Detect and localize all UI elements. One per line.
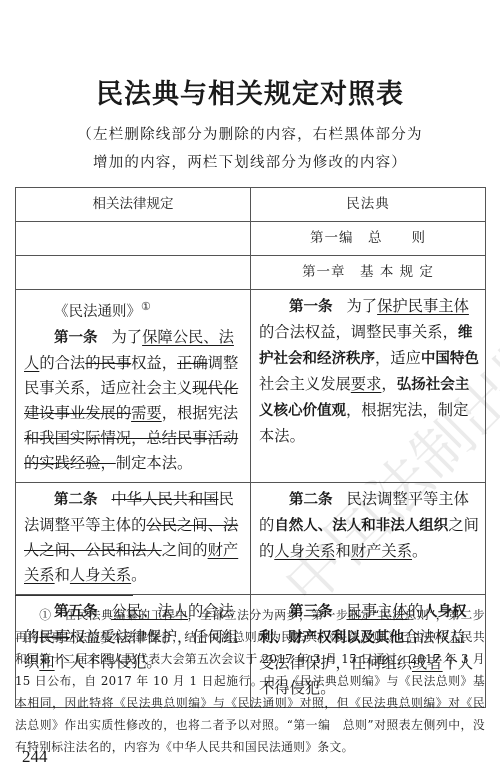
table-row: 《民法通则》① 第一条为了保障公民、法人的合法的民事权益，正确调整民事关系，适应… — [16, 290, 486, 483]
subtitle-line-2: 增加的内容，两栏下划线部分为修改的内容） — [0, 149, 500, 177]
chapter-row: 第一章 基 本 规 定 — [16, 256, 486, 290]
text-segment: 之间的 — [162, 541, 208, 559]
table-header-row: 相关法律规定 民法典 — [16, 188, 486, 222]
chapter-title: 第一章 基 本 规 定 — [251, 256, 486, 290]
text-segment: 。 — [412, 542, 427, 560]
footnote: ① 在民法典编纂的工程中，全部立法分为两步，第一步制定“民法总则”，第二步再将民… — [15, 604, 485, 758]
text-segment: 和 — [55, 566, 70, 584]
page-number: 244 — [22, 747, 48, 767]
part-row: 第一编 总 则 — [16, 222, 486, 256]
text-segment: 权益， — [131, 354, 177, 372]
text-segment: 的合法 — [39, 354, 85, 372]
added-text: 自然人、法人和非法人组织 — [274, 518, 448, 534]
page-title: 民法典与相关规定对照表 — [0, 72, 500, 111]
table-row: 第二条中华人民共和国民法调整平等主体的公民之间、法人之间、公民和法人之间的财产关… — [16, 483, 486, 595]
header-right: 民法典 — [251, 188, 486, 222]
part-left-empty — [16, 222, 251, 256]
footnote-divider — [15, 595, 133, 596]
part-title: 第一编 总 则 — [251, 222, 486, 256]
article-text: 第二条中华人民共和国民法调整平等主体的公民之间、法人之间、公民和法人之间的财产关… — [24, 487, 244, 588]
added-text: 中国特色 — [421, 351, 479, 367]
modified-text: 保护民事主体 — [377, 297, 469, 315]
article-text: 第一条为了保护民事主体的合法权益，调整民事关系，维护社会和经济秩序，适应中国特色… — [259, 294, 479, 449]
article-number: 第一条 — [54, 330, 98, 346]
text-segment: ， — [381, 375, 396, 393]
text-segment: 为了 — [347, 297, 378, 315]
modified-text: 要求 — [351, 375, 382, 393]
modified-text: 财产关系 — [351, 542, 412, 560]
modified-text: 需要 — [131, 404, 162, 422]
law-name: 《民法通则》 — [54, 304, 141, 320]
right-cell: 第一条为了保护民事主体的合法权益，调整民事关系，维护社会和经济秩序，适应中国特色… — [251, 290, 486, 483]
chapter-left-empty — [16, 256, 251, 290]
text-segment: ，根据宪法 — [162, 404, 239, 422]
subtitle: （左栏删除线部分为删除的内容，右栏黑体部分为 增加的内容，两栏下划线部分为修改的… — [0, 121, 500, 177]
footnote-marker[interactable]: ① — [141, 300, 151, 313]
article-number: 第一条 — [289, 299, 333, 315]
subtitle-line-1: （左栏删除线部分为删除的内容，右栏黑体部分为 — [0, 121, 500, 149]
text-segment: 为了 — [112, 328, 143, 346]
text-segment: ，适应 — [375, 349, 421, 367]
footnote-text: ① 在民法典编纂的工程中，全部立法分为两步，第一步制定“民法总则”，第二步再将民… — [15, 608, 485, 754]
header-left: 相关法律规定 — [16, 188, 251, 222]
text-segment: 社会主义发展 — [259, 375, 351, 393]
text-segment: 的合法权益，调整民事关系， — [259, 323, 458, 341]
article-text: 第二条民法调整平等主体的自然人、法人和非法人组织之间的人身关系和财产关系。 — [259, 487, 479, 564]
article-number: 第二条 — [289, 492, 333, 508]
deleted-text: 中华人民共和国 — [112, 490, 219, 508]
deleted-text: 的民事 — [85, 354, 131, 372]
text-segment: 制定本法。 — [116, 454, 193, 472]
article-text: 第一条为了保障公民、法人的合法的民事权益，正确调整民事关系，适应社会主义现代化建… — [24, 325, 244, 476]
left-cell: 《民法通则》① 第一条为了保障公民、法人的合法的民事权益，正确调整民事关系，适应… — [16, 290, 251, 483]
modified-text: 人身关系 — [274, 542, 335, 560]
text-segment: 。 — [131, 566, 146, 584]
modified-text: 人身关系 — [70, 566, 131, 584]
deleted-text: 正确 — [177, 354, 208, 372]
text-segment: 和 — [336, 542, 351, 560]
article-number: 第二条 — [54, 492, 98, 508]
right-cell: 第二条民法调整平等主体的自然人、法人和非法人组织之间的人身关系和财产关系。 — [251, 483, 486, 595]
left-cell: 第二条中华人民共和国民法调整平等主体的公民之间、法人之间、公民和法人之间的财产关… — [16, 483, 251, 595]
law-name-line: 《民法通则》① — [24, 294, 244, 325]
